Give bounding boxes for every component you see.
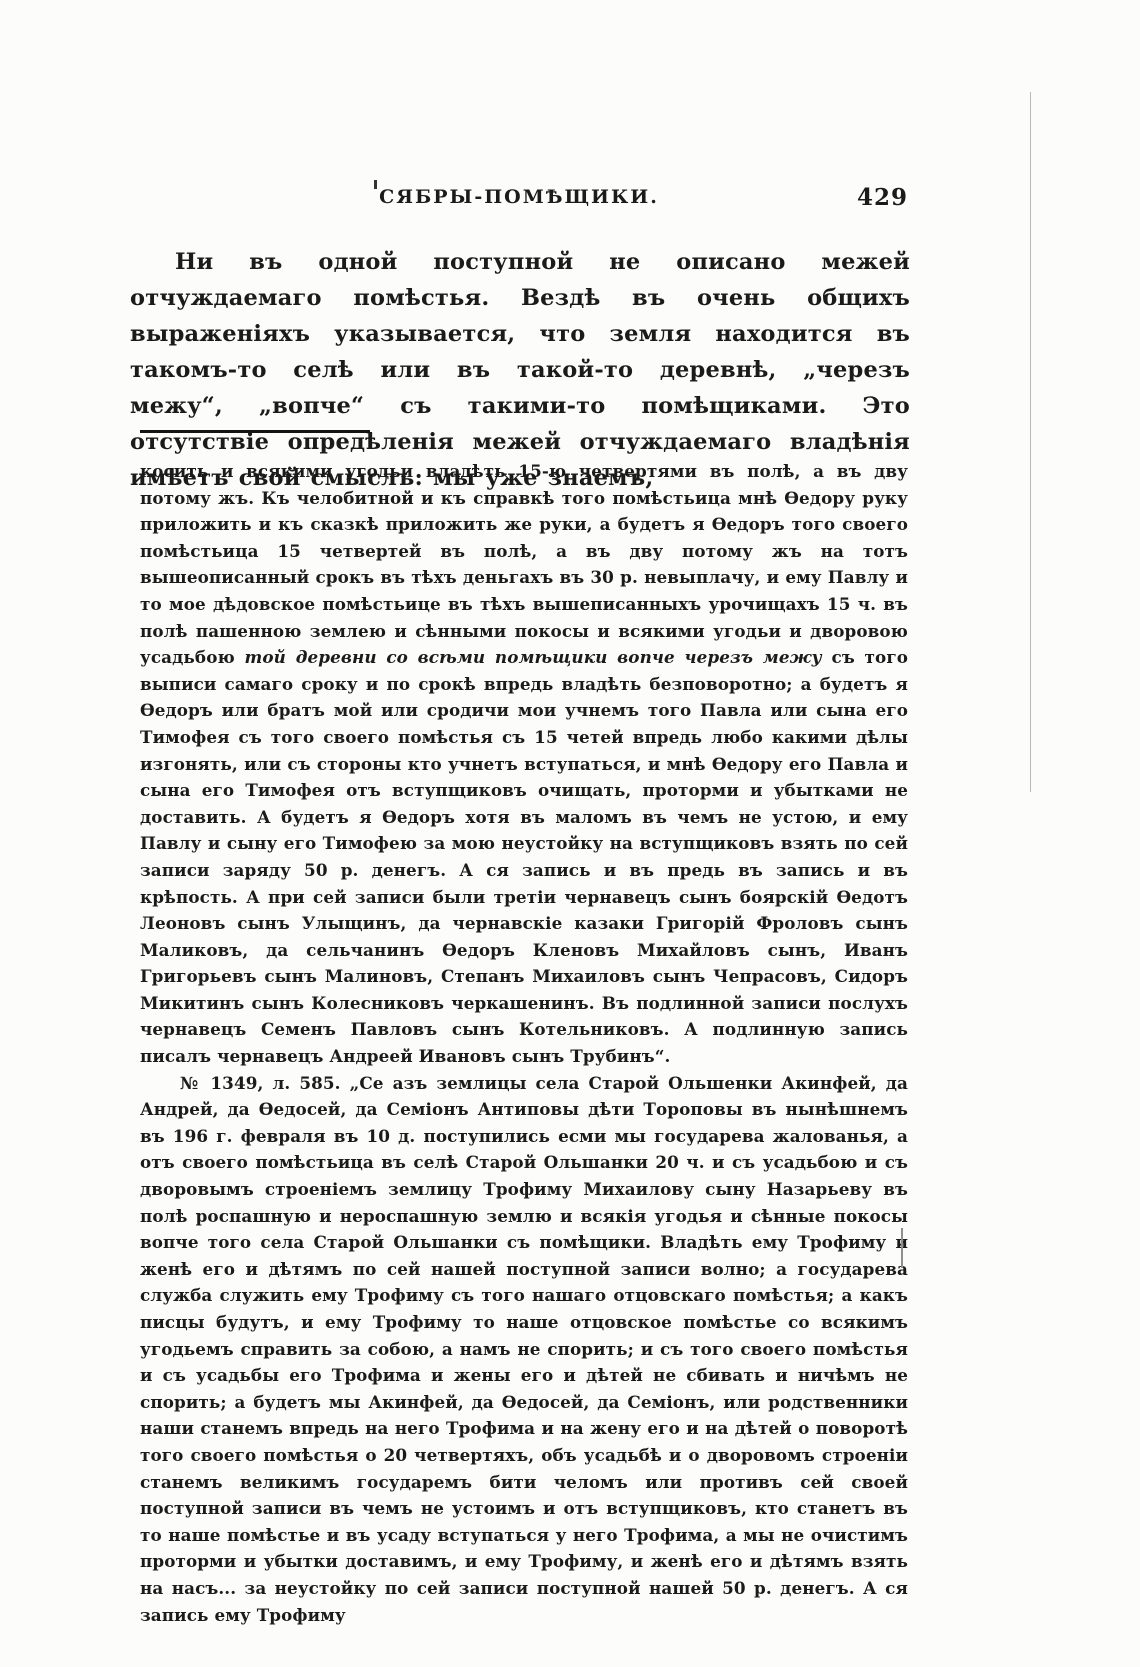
running-title: СЯБРЫ-ПОМѢЩИКИ. [130, 186, 908, 208]
footnote-paragraph-1: косить и всякими угодьи владѣть 15-ю чет… [140, 458, 908, 1070]
footnote-separator-rule [140, 430, 370, 433]
footnote-paragraph-2: № 1349, л. 585. „Се азъ землицы села Ста… [140, 1070, 908, 1628]
scan-artifact-vertical-line [1030, 92, 1031, 792]
footnote-1-italic-phrase: той деревни со всѣми помѣщики вопче чере… [245, 647, 822, 667]
book-page: СЯБРЫ-ПОМѢЩИКИ. 429 Ни въ одной поступно… [0, 0, 1140, 1667]
page-header: СЯБРЫ-ПОМѢЩИКИ. 429 [130, 186, 908, 216]
footnote-block: косить и всякими угодьи владѣть 15-ю чет… [140, 458, 908, 1628]
footnote-1-text-after-italic: съ того выписи самаго сроку и по срокѣ в… [140, 647, 908, 1066]
scan-artifact-speck [374, 180, 377, 189]
scan-artifact-stroke [901, 1228, 903, 1268]
footnote-1-text-before-italic: косить и всякими угодьи владѣть 15-ю чет… [140, 461, 908, 667]
page-number: 429 [802, 184, 908, 211]
